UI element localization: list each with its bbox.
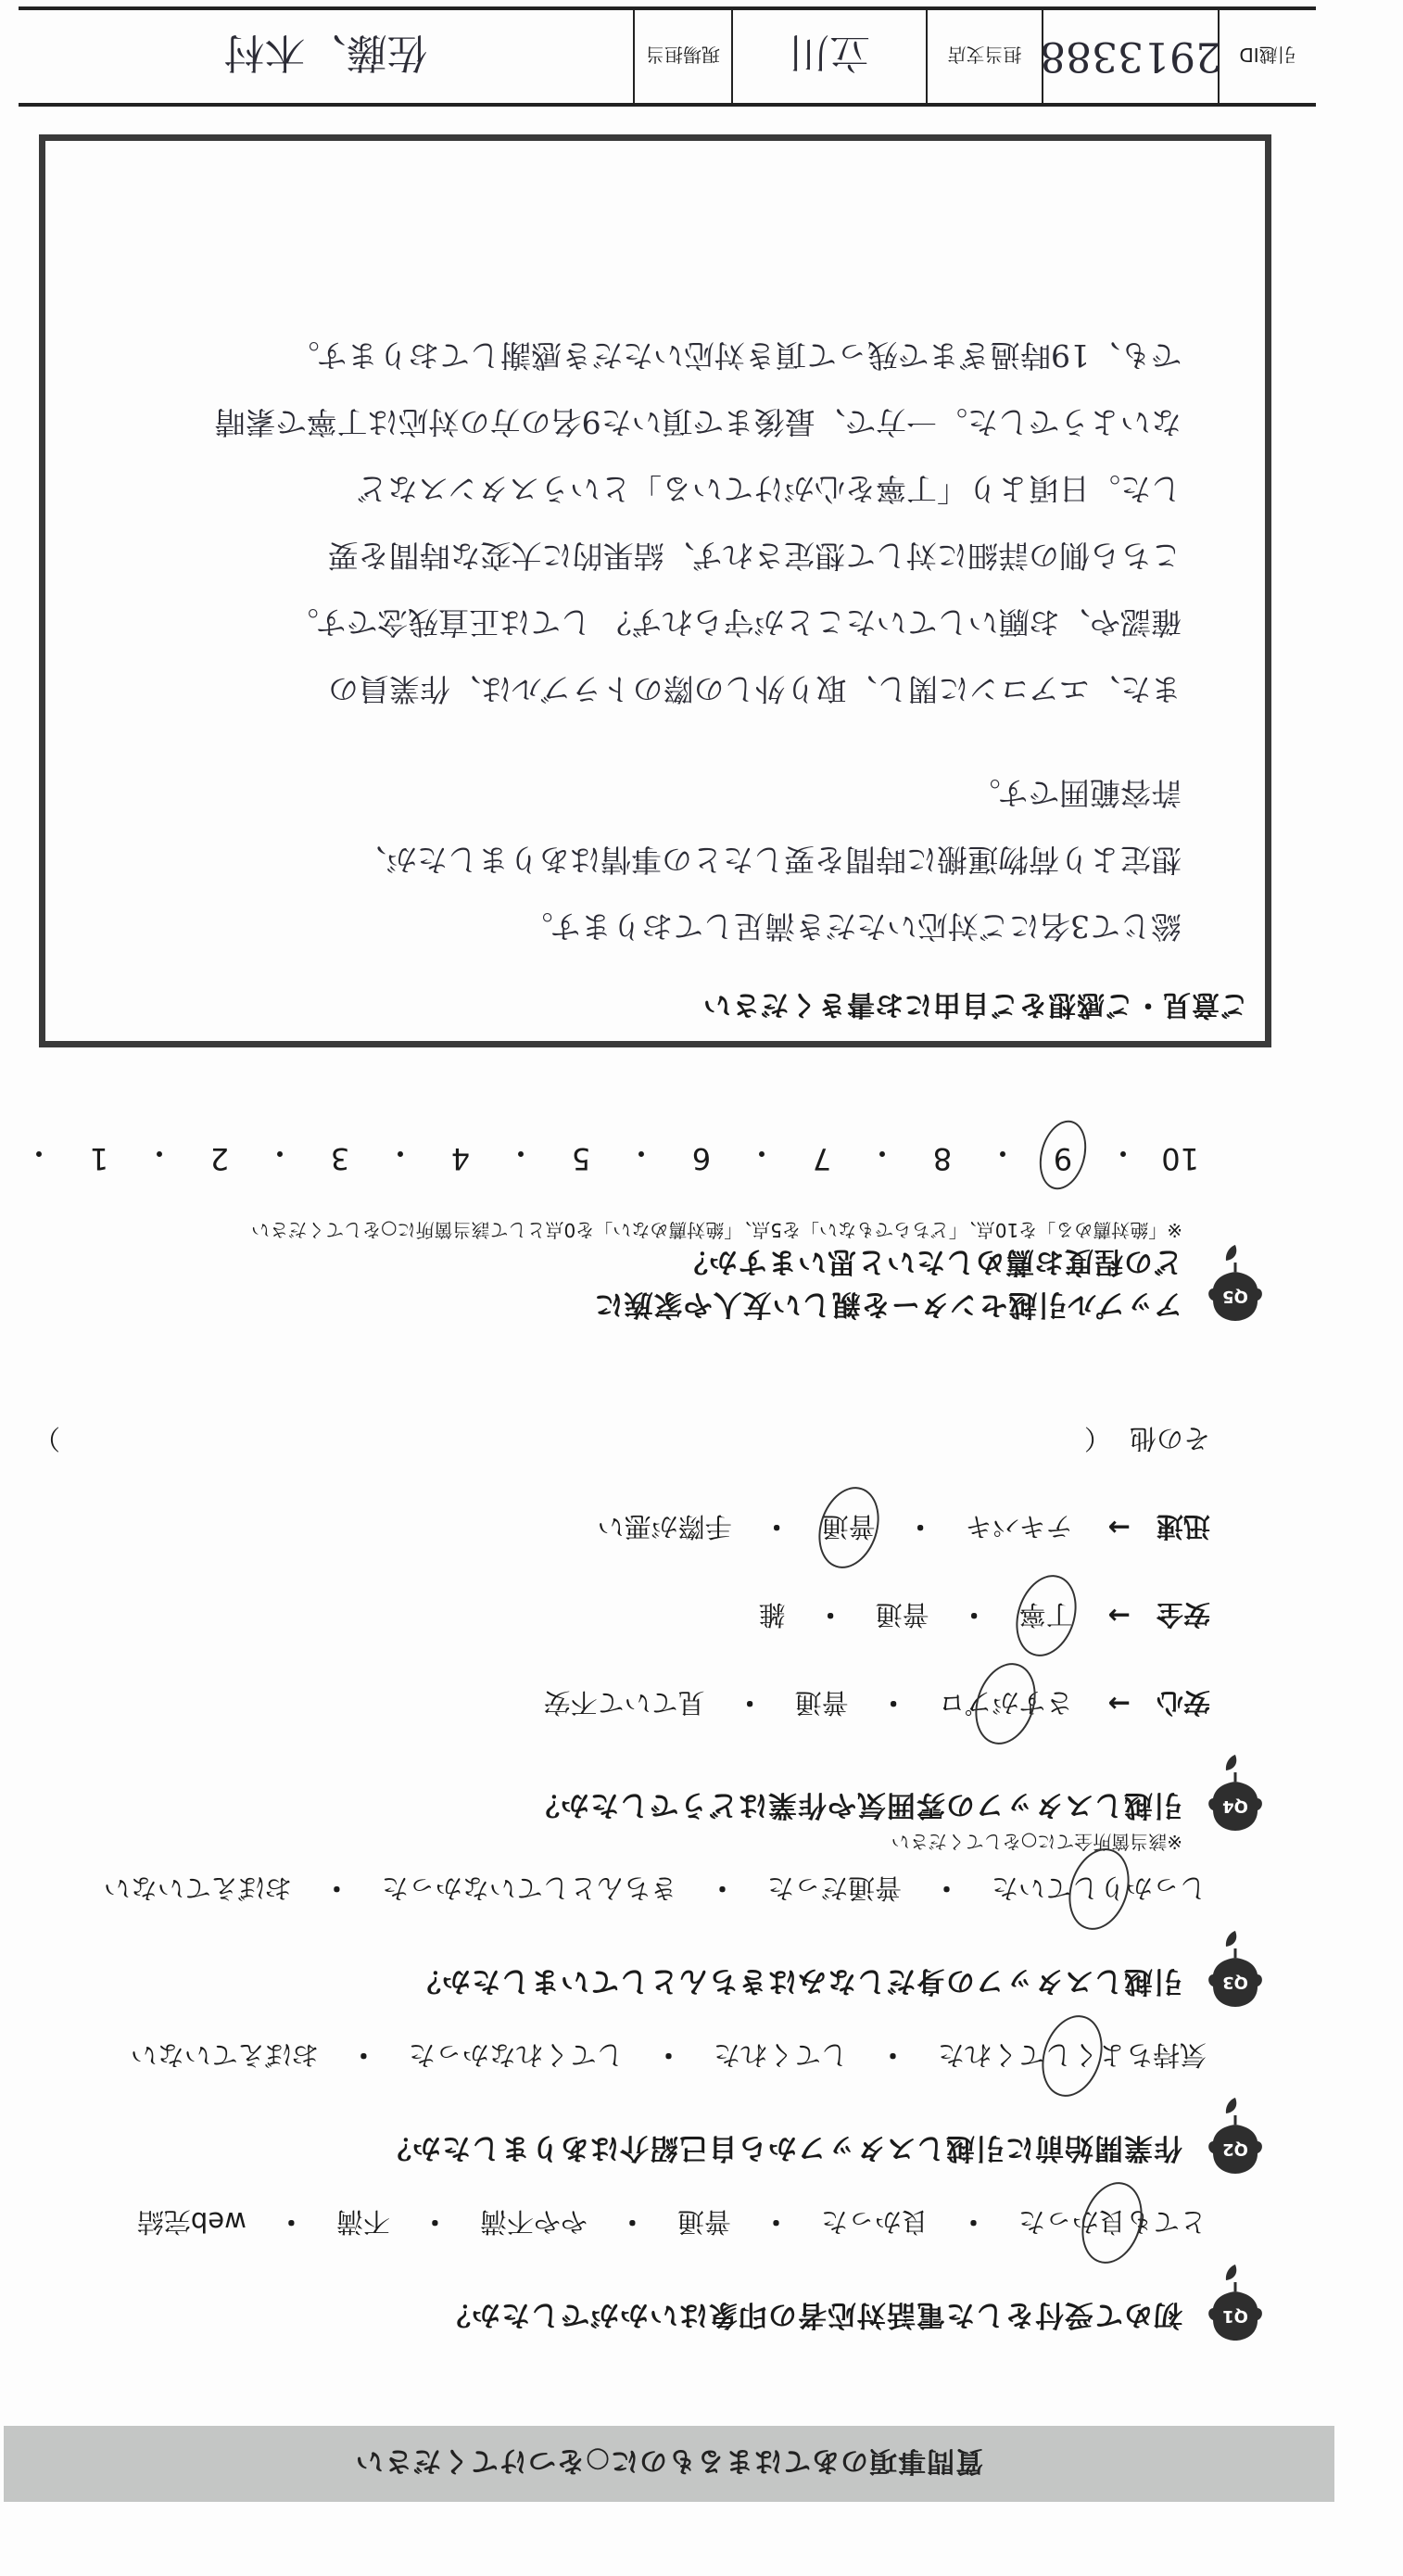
scale-4[interactable]: 4 <box>445 1134 476 1176</box>
q3-option-neat[interactable]: しっかりしていた <box>988 1871 1210 1909</box>
question-5-note: ※「絶対薦める」を10点、「どちらでもない」を5点、「絶対薦めない」を0点として… <box>251 1218 1182 1245</box>
q4-safety-careful[interactable]: 丁寧 <box>1016 1597 1077 1635</box>
q4-other-close-paren: ） <box>33 1421 60 1459</box>
q1-option-somewhat-dissatisfied[interactable]: やや不満 <box>476 2204 591 2242</box>
scale-10[interactable]: 10 <box>1168 1134 1199 1176</box>
move-id-value[interactable]: 2913388 <box>1043 10 1220 103</box>
recommendation-scale: 10・ 9・ 8・ 7・ 6・ 5・ 4・ 3・ 2・ 1・ 0 <box>0 1134 1199 1176</box>
comment-line: また、エアコンに関し、取り外しの際のトラブルは、作業員の <box>70 655 1182 722</box>
comment-line: でも、19時過ぎまで残って頂き対応いただき感謝しております。 <box>70 322 1182 388</box>
svg-text:Q3: Q3 <box>1222 1973 1248 1992</box>
q4-row-label: 安全 <box>1144 1597 1210 1635</box>
survey-page: 質問事項のあてはまるものに○をつけてください Q1 初めて受付をした電話対応者の… <box>0 0 1403 2576</box>
question-1-options: とても良かった・ 良かった・ 普通・ やや不満・ 不満・ web完結 <box>133 2204 1210 2242</box>
apple-q4-icon: Q4 <box>1207 1777 1264 1834</box>
comment-line: した。日頃より「丁寧を心がけている」というスタンスなど <box>70 455 1182 522</box>
q4-reassurance-pro[interactable]: さすがプロ <box>935 1685 1077 1723</box>
q4-row-safety: 安全 → 丁寧・ 普通・ 雑 <box>755 1597 1210 1635</box>
apple-q3-icon: Q3 <box>1207 1953 1264 2011</box>
branch-value[interactable]: 立川 <box>733 10 928 103</box>
q3-option-normal[interactable]: 普通だった <box>764 1871 905 1909</box>
q4-reassurance-normal[interactable]: 普通 <box>791 1685 853 1723</box>
q1-option-web-complete[interactable]: web完結 <box>133 2204 250 2242</box>
q4-row-label: 迅速 <box>1144 1509 1210 1547</box>
handwritten-comment: 総じて3名にご対応いただき満足しております。 想定より荷物運搬に時間を要したとの… <box>70 322 1182 959</box>
question-4-note: ※該当箇所全てに○をしてください <box>891 1830 1182 1857</box>
apple-q5-icon: Q5 <box>1207 1267 1264 1325</box>
comment-line: こちら側の詳細に対して想定されず、結果的に大変な時間を要 <box>70 522 1182 589</box>
q4-speed-normal[interactable]: 普通 <box>818 1509 879 1547</box>
scale-3[interactable]: 3 <box>324 1134 356 1176</box>
svg-text:Q5: Q5 <box>1222 1287 1248 1306</box>
question-2-title: 作業開始前に引越しスタッフから自己紹介はありましたか？ <box>382 2130 1182 2172</box>
q1-option-normal[interactable]: 普通 <box>674 2204 735 2242</box>
scale-1[interactable]: 1 <box>83 1134 115 1176</box>
scale-7[interactable]: 7 <box>806 1134 838 1176</box>
comment-gap <box>70 722 1182 759</box>
q4-other-open-paren: （ <box>1084 1421 1111 1459</box>
arrow-right-icon: → <box>1108 1601 1131 1632</box>
question-5: Q5 アップル引越センターを親しい友人や家族に どの程度お薦めしたいと思いますか… <box>32 1093 1264 1334</box>
comment-line: 確認や、お願いしていたことが守られず？ しては正直残念です。 <box>70 589 1182 655</box>
question-4-title: 引越しスタッフの雰囲気や作業はどうでしたか？ <box>530 1787 1182 1829</box>
arrow-right-icon: → <box>1108 1513 1131 1544</box>
question-5-title-line1: アップル引越センターを親しい友人や家族に <box>594 1287 1182 1328</box>
question-1-title: 初めて受付をした電話対応者の印象はいかがでしたか？ <box>441 2297 1182 2339</box>
question-3-options: しっかりしていた・ 普通だった・ きちんとしていなかった・ おぼえていない <box>100 1871 1210 1909</box>
q4-safety-normal[interactable]: 普通 <box>872 1597 933 1635</box>
scale-8[interactable]: 8 <box>927 1134 958 1176</box>
q4-row-speed: 迅速 → テキパキ・ 普通・ 手際が悪い <box>594 1509 1210 1547</box>
question-2: Q2 作業開始前に引越しスタッフから自己紹介はありましたか？ 気持ちよくしてくれ… <box>32 2011 1264 2177</box>
q4-safety-rough[interactable]: 雑 <box>755 1597 790 1635</box>
q2-option-dont-remember[interactable]: おぼえていない <box>127 2037 322 2075</box>
q1-option-dissatisfied[interactable]: 不満 <box>333 2204 394 2242</box>
comment-line: 許容範囲です。 <box>70 759 1182 826</box>
scale-5[interactable]: 5 <box>565 1134 597 1176</box>
site-staff-value[interactable]: 佐藤、木村 <box>19 10 635 103</box>
question-4: Q4 引越しスタッフの雰囲気や作業はどうでしたか？ ※該当箇所全てに○をしてくだ… <box>32 1371 1264 1834</box>
q4-speed-clumsy[interactable]: 手際が悪い <box>594 1509 736 1547</box>
q4-row-label: 安心 <box>1144 1685 1210 1723</box>
apple-q1-icon: Q1 <box>1207 2287 1264 2344</box>
staff-info-table: 引越ID 2913388 担当支店 立川 現場担当 佐藤、木村 <box>19 6 1316 107</box>
scale-9[interactable]: 9 <box>1047 1134 1079 1176</box>
q4-row-reassurance: 安心 → さすがプロ・ 普通・ 見ていて不安 <box>540 1685 1210 1723</box>
scale-2[interactable]: 2 <box>204 1134 235 1176</box>
comment-line: ないようでした。一方で、最後まで頂いた9名の方の対応は丁寧で素晴 <box>70 388 1182 455</box>
comment-heading: ご意見・ご感想をご自由にお書きください <box>702 987 1248 1028</box>
site-staff-label: 現場担当 <box>635 10 733 103</box>
q2-option-no[interactable]: してくれなかった <box>405 2037 627 2075</box>
q1-option-good[interactable]: 良かった <box>817 2204 932 2242</box>
svg-text:Q2: Q2 <box>1222 2139 1248 2159</box>
q4-row-other: その他 （ ） <box>33 1421 1210 1459</box>
question-1: Q1 初めて受付をした電話対応者の印象はいかがでしたか？ とても良かった・ 良か… <box>32 2177 1264 2344</box>
q3-option-dont-remember[interactable]: おぼえていない <box>100 1871 296 1909</box>
svg-text:Q1: Q1 <box>1222 2306 1248 2326</box>
question-2-options: 気持ちよくしてくれた・ してくれた・ してくれなかった・ おぼえていない <box>127 2037 1210 2075</box>
question-3-title: 引越しスタッフの身だしなみはきちんとしていましたか？ <box>411 1963 1182 2005</box>
q4-other-label: その他 <box>1130 1421 1210 1459</box>
move-id-label: 引越ID <box>1220 10 1316 103</box>
q1-option-very-good[interactable]: とても良かった <box>1015 2204 1210 2242</box>
q2-option-pleasantly[interactable]: 気持ちよくしてくれた <box>934 2037 1210 2075</box>
branch-label: 担当支店 <box>928 10 1043 103</box>
q4-speed-brisk[interactable]: テキパキ <box>962 1509 1077 1547</box>
question-3: Q3 引越しスタッフの身だしなみはきちんとしていましたか？ しっかりしていた・ … <box>32 1844 1264 2011</box>
comment-line: 総じて3名にご対応いただき満足しております。 <box>70 893 1182 959</box>
question-5-title-line2: どの程度お薦めしたいと思いますか？ <box>678 1244 1182 1286</box>
arrow-right-icon: → <box>1108 1689 1131 1720</box>
scale-6[interactable]: 6 <box>686 1134 717 1176</box>
svg-text:Q4: Q4 <box>1222 1796 1248 1816</box>
q3-option-not-neat[interactable]: きちんとしていなかった <box>378 1871 681 1909</box>
instruction-banner: 質問事項のあてはまるものに○をつけてください <box>4 2426 1334 2502</box>
comment-box[interactable]: ご意見・ご感想をご自由にお書きください 総じて3名にご対応いただき満足しておりま… <box>39 134 1271 1047</box>
q4-reassurance-anxious[interactable]: 見ていて不安 <box>540 1685 709 1723</box>
q2-option-yes[interactable]: してくれた <box>710 2037 852 2075</box>
apple-q2-icon: Q2 <box>1207 2120 1264 2177</box>
comment-line: 想定より荷物運搬に時間を要したとの事情はありましたが、 <box>70 826 1182 893</box>
